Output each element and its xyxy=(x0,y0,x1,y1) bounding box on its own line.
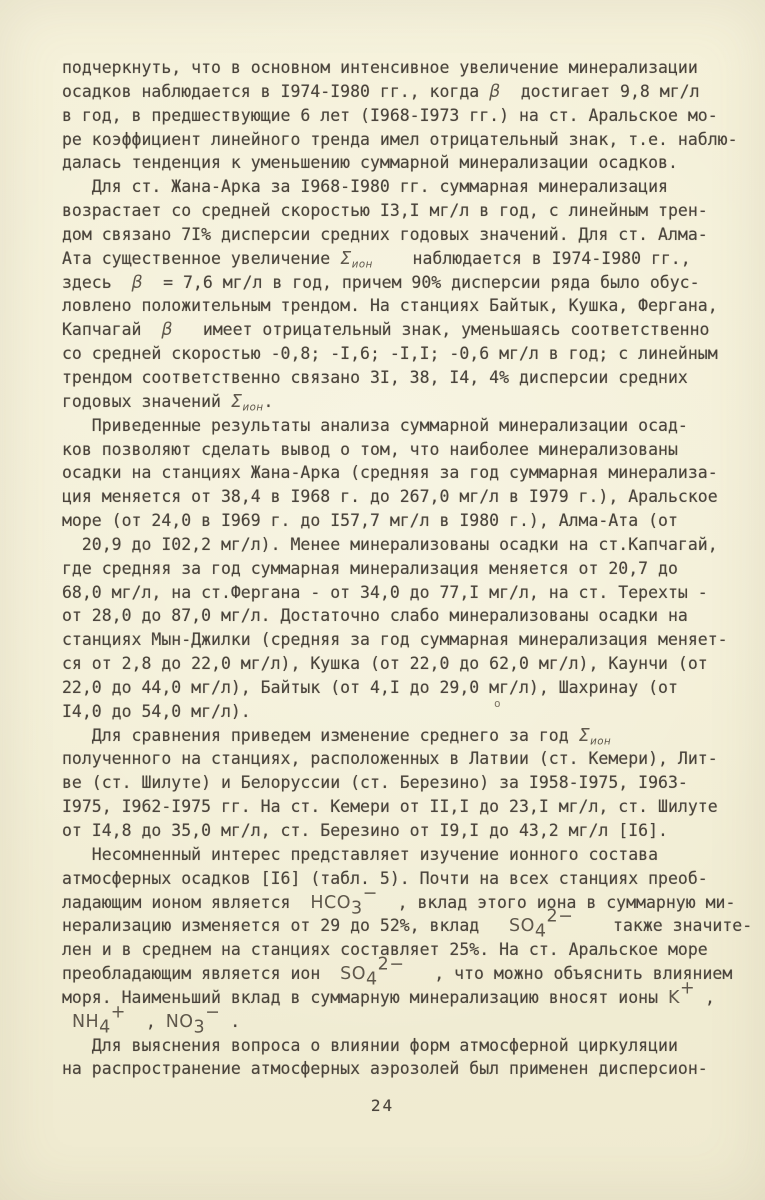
text-line: ловлено положительным трендом. На станци… xyxy=(62,294,762,318)
text-line: от I4,8 до 35,0 мг/л, ст. Березино от I9… xyxy=(62,819,762,843)
text-line: I975, I962-I975 гг. На ст. Кемери от II,… xyxy=(62,795,762,819)
page-text: подчеркнуть, что в основном интенсивное … xyxy=(62,56,762,1081)
text-line: от 28,0 до 87,0 мг/л. Достаточно слабо м… xyxy=(62,604,762,628)
text-line: ладающим ионом является HCO3− , вклад эт… xyxy=(62,891,762,915)
text-line: моря. Наименьший вклад в суммарную минер… xyxy=(62,986,762,1010)
text-line: атмосферных осадков [I6] (табл. 5). Почт… xyxy=(62,867,762,891)
text-line: 68,0 мг/л, на ст.Фергана - от 34,0 до 77… xyxy=(62,581,762,605)
text-line: на распространение атмосферных аэрозолей… xyxy=(62,1057,762,1081)
text-line: лен и в среднем на станциях составляет 2… xyxy=(62,938,762,962)
stray-mark: о xyxy=(494,697,501,710)
text-line: Для сравнения приведем изменение среднег… xyxy=(62,724,762,748)
text-line: 22,0 до 44,0 мг/л), Байтык (от 4,I до 29… xyxy=(62,676,762,700)
text-line: где средняя за год суммарная минерализац… xyxy=(62,557,762,581)
text-line: трендом соответственно связано 3I, 38, I… xyxy=(62,366,762,390)
text-line: дом связано 7I% дисперсии средних годовы… xyxy=(62,223,762,247)
text-line: годовых значений Σион. xyxy=(62,390,762,414)
text-line: 20,9 до I02,2 мг/л). Менее минерализован… xyxy=(62,533,762,557)
text-line: Несомненный интерес представляет изучени… xyxy=(62,843,762,867)
text-line: в год, в предшествующие 6 лет (I968-I973… xyxy=(62,104,762,128)
text-line: NH4+ , NO3− . xyxy=(62,1010,762,1034)
text-line: далась тенденция к уменьшению суммарной … xyxy=(62,151,762,175)
text-line: подчеркнуть, что в основном интенсивное … xyxy=(62,56,762,80)
text-line: ся от 2,8 до 22,0 мг/л), Кушка (от 22,0 … xyxy=(62,652,762,676)
text-line: здесь β = 7,6 мг/л в год, причем 90% дис… xyxy=(62,271,762,295)
page-number: 24 xyxy=(0,1096,765,1115)
text-line: ве (ст. Шилуте) и Белоруссии (ст. Берези… xyxy=(62,771,762,795)
text-line: преобладающим является ион SO42− , что м… xyxy=(62,962,762,986)
text-line: полученного на станциях, расположенных в… xyxy=(62,747,762,771)
text-line: нерализацию изменяется от 29 до 52%, вкл… xyxy=(62,914,762,938)
document-page: подчеркнуть, что в основном интенсивное … xyxy=(0,0,765,1200)
text-line: возрастает со средней скоростью I3,I мг/… xyxy=(62,199,762,223)
text-line: со средней скоростью -0,8; -I,6; -I,I; -… xyxy=(62,342,762,366)
text-line: Капчагай β имеет отрицательный знак, уме… xyxy=(62,318,762,342)
text-line: осадков наблюдается в I974-I980 гг., ког… xyxy=(62,80,762,104)
text-line: станциях Мын-Джилки (средняя за год сумм… xyxy=(62,628,762,652)
text-line: осадки на станциях Жана-Арка (средняя за… xyxy=(62,461,762,485)
text-line: I4,0 до 54,0 мг/л). xyxy=(62,700,762,724)
text-line: ре коэффициент линейного тренда имел отр… xyxy=(62,128,762,152)
text-line: Для выяснения вопроса о влиянии форм атм… xyxy=(62,1034,762,1058)
text-line: ция меняется от 38,4 в I968 г. до 267,0 … xyxy=(62,485,762,509)
text-line: море (от 24,0 в I969 г. до I57,7 мг/л в … xyxy=(62,509,762,533)
text-line: Приведенные результаты анализа суммарной… xyxy=(62,414,762,438)
text-line: Ата существенное увеличение Σион наблюда… xyxy=(62,247,762,271)
text-line: ков позволяют сделать вывод о том, что н… xyxy=(62,438,762,462)
text-line: Для ст. Жана-Арка за I968-I980 гг. сумма… xyxy=(62,175,762,199)
